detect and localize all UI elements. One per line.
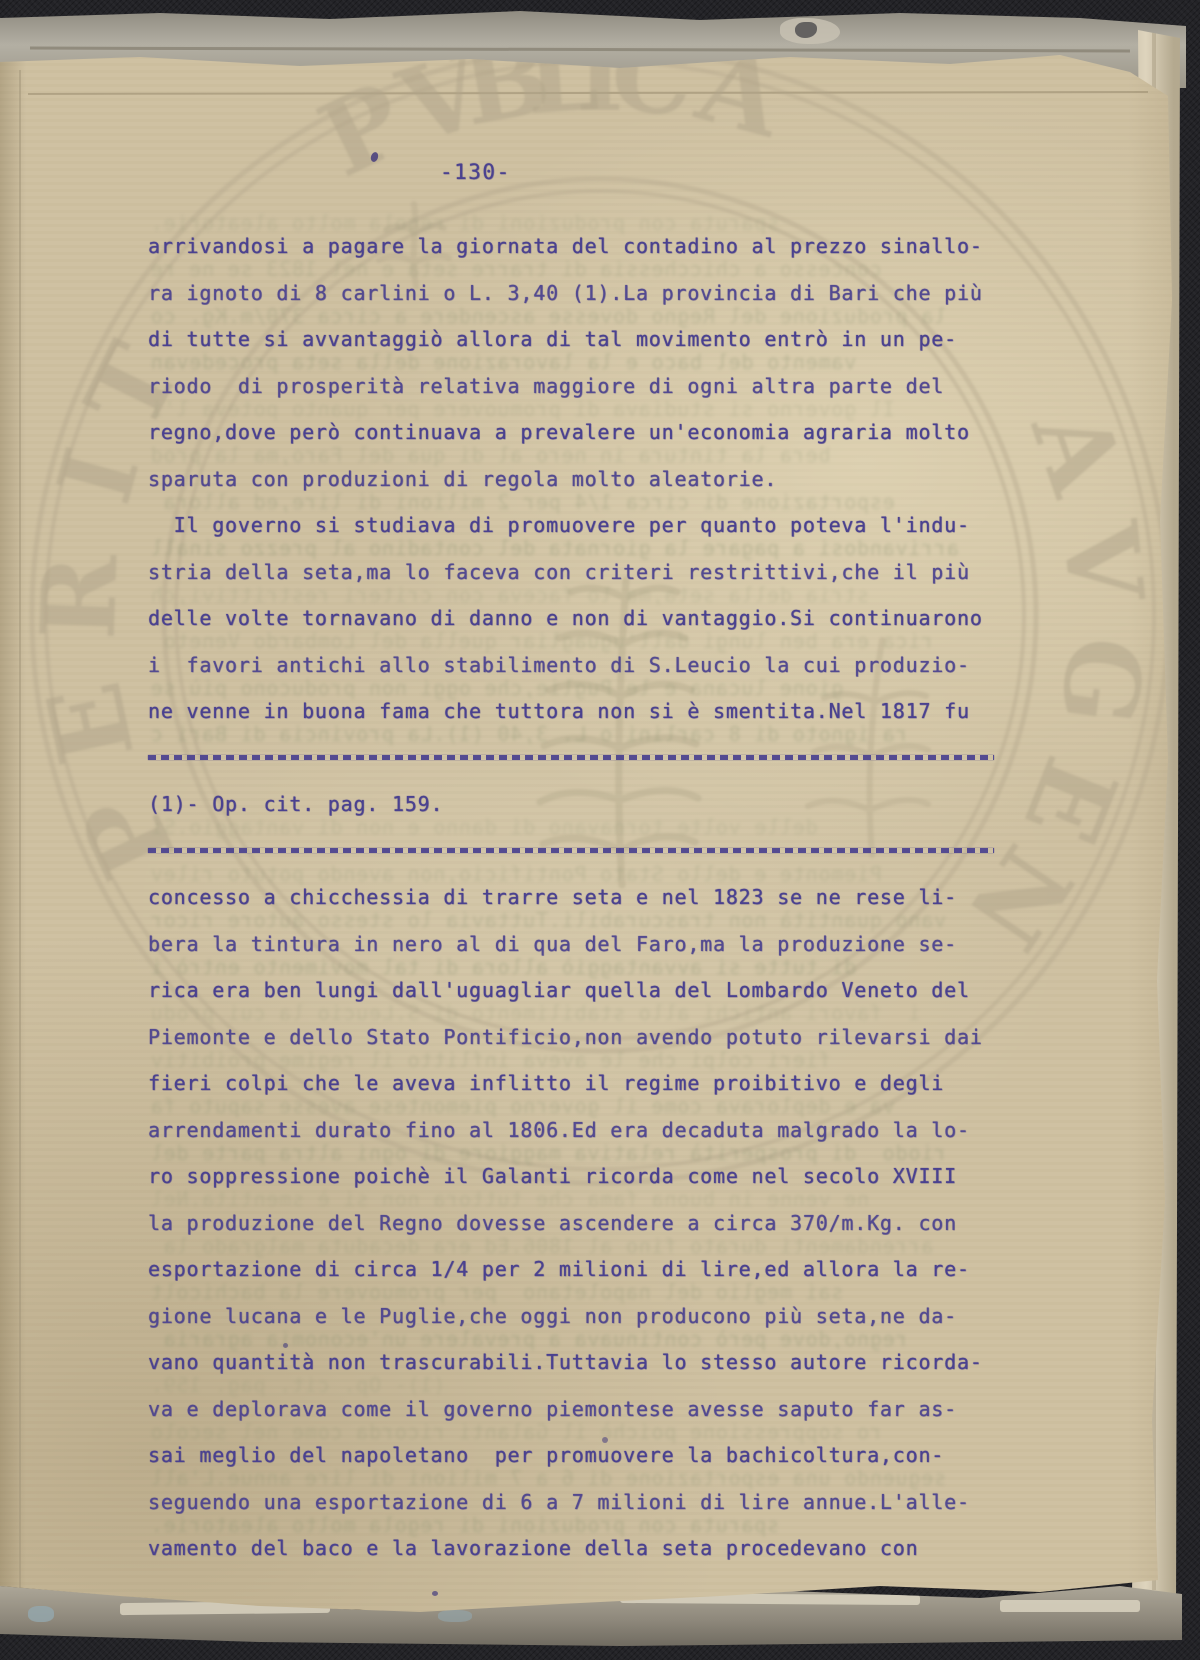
typed-line: Il governo si studiava di promuovere per… — [148, 513, 970, 537]
document-page: PVBLICATIREPAVGEN sparuta con produzioni… — [0, 0, 1200, 1660]
paper-chip-blue — [28, 1606, 54, 1622]
bleedthrough-line: gione lucana e le Puglie,che oggi non pr… — [150, 676, 843, 700]
typed-line: bera la tintura in nero al di qua del Fa… — [148, 932, 957, 956]
ink-speck — [370, 151, 380, 163]
paper-chip — [1000, 1600, 1140, 1612]
bleedthrough-line: Piemonte e dello Stato Pontificio,non av… — [150, 862, 882, 886]
bleedthrough-line: arrivandosi a pagare la giornata del con… — [150, 536, 959, 560]
bleedthrough-line: ne venne in buona fama che tuttora non s… — [150, 1187, 869, 1211]
bleedthrough-line: fieri colpi che le aveva inflitto il reg… — [150, 1048, 831, 1072]
typed-line: rica era ben lungi dall'uguagliar quella… — [148, 978, 970, 1002]
torn-edge-streak — [30, 47, 1130, 53]
scanned-document: { "document": { "page_number": "-130-", … — [0, 0, 1200, 1660]
stamp-letter: I — [35, 437, 163, 515]
stamp-letter: V — [1038, 517, 1166, 608]
page-number: -130- — [440, 160, 511, 184]
stamp-letter: A — [1008, 394, 1147, 508]
typed-dashed-separator — [148, 755, 994, 760]
typed-line: regno,dove però continuava a prevalere u… — [148, 420, 970, 444]
typed-line: di tutte si avvantaggiò allora di tal mo… — [148, 327, 957, 351]
typed-line: arrendamenti durato fino al 1806.Ed era … — [148, 1118, 970, 1142]
bleedthrough-line: ra ignoto di 8 carlini o L. 3,40 (1).La … — [150, 722, 908, 746]
typed-line: vano quantità non trascurabili.Tuttavia … — [148, 1350, 983, 1374]
bleedthrough-line: la produzione del Regno dovesse ascender… — [150, 304, 946, 328]
typed-line: stria della seta,ma lo faceva con criter… — [148, 560, 970, 584]
typed-line: vamento del baco e la lavorazione della … — [148, 1536, 918, 1560]
bleedthrough-line: sparuta con produzioni di regola molto a… — [150, 1513, 779, 1537]
ink-speck — [432, 1591, 438, 1596]
typed-line: ra ignoto di 8 carlini o L. 3,40 (1).La … — [148, 281, 983, 305]
typed-line: (1)- Op. cit. pag. 159. — [148, 792, 443, 816]
bleedthrough-line: sai meglio del napoletano per promuovere… — [150, 1280, 843, 1304]
bleedthrough-line: rica era ben lungi dall'uguagliar quella… — [150, 629, 933, 653]
typed-line: fieri colpi che le aveva inflitto il reg… — [148, 1071, 944, 1095]
paper-crease-top — [28, 91, 1148, 95]
bleedthrough-line: riodo di prosperità relativa maggiore di… — [150, 1141, 946, 1165]
typed-line: i favori antichi allo stabilimento di S.… — [148, 653, 970, 677]
typed-line: ne venne in buona fama che tuttora non s… — [148, 699, 970, 723]
bleedthrough-line: regno,dove però continuava a prevalere u… — [150, 1327, 908, 1351]
typed-dashed-separator — [148, 848, 994, 853]
typed-line: esportazione di circa 1/4 per 2 milioni … — [148, 1257, 970, 1281]
bleedthrough-line: arrendamenti durato fino al 1806.Ed era … — [150, 1234, 933, 1258]
typed-line: la produzione del Regno dovesse ascender… — [148, 1211, 957, 1235]
bleedthrough-line: i favori antichi allo stabilimento di S.… — [150, 1001, 920, 1025]
bleedthrough-line: (1)- Op. cit. pag. 159. — [150, 1373, 445, 1397]
bleedthrough-line: bera la tintura in nero al di qua del Fa… — [150, 443, 831, 467]
bleedthrough-line: vano quantità non trascurabili.Tuttavia … — [150, 908, 946, 932]
bleedthrough-line: Il governo si studiava di promuovere per… — [150, 397, 920, 421]
stamp-letter: G — [1036, 630, 1166, 732]
stamp-letter: E — [25, 673, 159, 774]
stamp-letter: E — [1000, 742, 1140, 858]
bleedthrough-line: esportazione di circa 1/4 per 2 milioni … — [150, 490, 895, 514]
bleedthrough-line: delle volte tornavano di danno e non di … — [150, 815, 818, 839]
typed-line: gione lucana e le Puglie,che oggi non pr… — [148, 1304, 957, 1328]
typed-line: ro soppressione poichè il Galanti ricord… — [148, 1164, 957, 1188]
bleedthrough-line: concesso a chicchessia di trarre seta e … — [150, 257, 882, 281]
typed-line: riodo di prosperità relativa maggiore di… — [148, 374, 944, 398]
bleedthrough-line: vamento del baco e la lavorazione della … — [150, 350, 856, 374]
typed-line: delle volte tornavano di danno e non di … — [148, 606, 983, 630]
typed-line: sparuta con produzioni di regola molto a… — [148, 467, 777, 491]
stamp-letter: P — [302, 59, 424, 200]
bleedthrough-line: seguendo una esportazione di 6 a 7 milio… — [150, 1466, 946, 1490]
paper-chip-blue — [438, 1610, 472, 1622]
typed-line: sai meglio del napoletano per promuovere… — [148, 1443, 944, 1467]
ink-speck — [602, 1437, 608, 1443]
paper-crease-left — [19, 70, 21, 1590]
typed-line: va e deplorava come il governo piemontes… — [148, 1397, 957, 1421]
bleedthrough-line: va e deplorava come il governo piemontes… — [150, 1094, 895, 1118]
typed-line: concesso a chicchessia di trarre seta e … — [148, 885, 957, 909]
bleedthrough-line: sparuta con produzioni di regola molto a… — [150, 211, 779, 235]
typed-line: seguendo una esportazione di 6 a 7 milio… — [148, 1490, 970, 1514]
stamp-letter: R — [19, 552, 142, 641]
bleedthrough-line: ro soppressione poichè il Galanti ricord… — [150, 1420, 882, 1444]
ink-speck — [283, 1343, 288, 1348]
typed-line: Piemonte e dello Stato Pontificio,non av… — [148, 1025, 983, 1049]
bleedthrough-line: stria della seta,ma lo faceva con criter… — [150, 583, 869, 607]
typed-line: arrivandosi a pagare la giornata del con… — [148, 234, 983, 258]
bleedthrough-line: di tutte si avvantaggiò allora di tal mo… — [150, 955, 856, 979]
